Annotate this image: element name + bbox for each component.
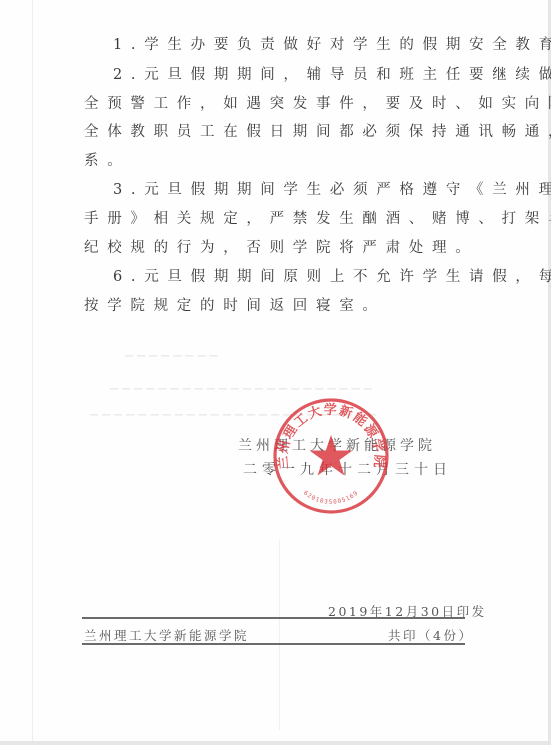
paragraph-2-line-1: 2.元旦假期期间，辅导员和班主任要继续做好半小时安 <box>113 66 465 84</box>
paragraph-2-line-4: 系。 <box>84 152 465 170</box>
footer-rule-bottom <box>82 643 465 645</box>
footer-issuer: 兰州理工大学新能源学院 <box>84 628 249 644</box>
footer-rule-top <box>82 617 465 619</box>
bleed-through-text: ▁▁▁▁▁▁▁▁ <box>125 345 222 357</box>
paragraph-6-line-2: 按学院规定的时间返回寝室。 <box>84 297 465 315</box>
paragraph-2-line-3: 全体教职员工在假日期间都必须保持通讯畅通，以便及时联 <box>84 123 465 141</box>
paragraph-3-line-2: 手册》相关规定，严禁发生酗酒、赌博、打架斗殴等违反校 <box>84 210 465 228</box>
footer-copies: 共印（4份） <box>388 628 473 644</box>
svg-text:6201035005169: 6201035005169 <box>302 489 360 505</box>
paragraph-3-line-3: 纪校规的行为，否则学院将严肃处理。 <box>84 239 465 257</box>
scan-margin-line <box>32 0 33 741</box>
paragraph-1-line-1: 1.学生办要负责做好对学生的假期安全教育。 <box>113 36 465 54</box>
paragraph-6-line-1: 6.元旦假期期间原则上不允许学生请假，每晚必须严格 <box>113 268 465 286</box>
paragraph-3-line-1: 3.元旦假期期间学生必须严格遵守《兰州理工大学学生 <box>113 181 465 199</box>
seal-star-icon <box>310 435 353 476</box>
paragraph-2-line-2: 全预警工作，如遇突发事件，要及时、如实向院领导报告。 <box>84 95 465 113</box>
official-seal-stamp: 兰州理工大学新能源学院 6201035005169 <box>272 397 390 515</box>
scan-fold-line <box>279 540 280 730</box>
bleed-through-text: ▁▁▁▁▁▁▁▁▁▁▁▁▁▁▁▁▁▁▁▁▁▁ <box>110 378 376 390</box>
document-page: ▁▁▁▁▁▁▁▁ ▁▁▁▁▁▁▁▁▁▁▁▁▁▁▁▁▁▁▁▁▁▁ ▁▁▁▁▁▁▁▁… <box>0 0 548 741</box>
